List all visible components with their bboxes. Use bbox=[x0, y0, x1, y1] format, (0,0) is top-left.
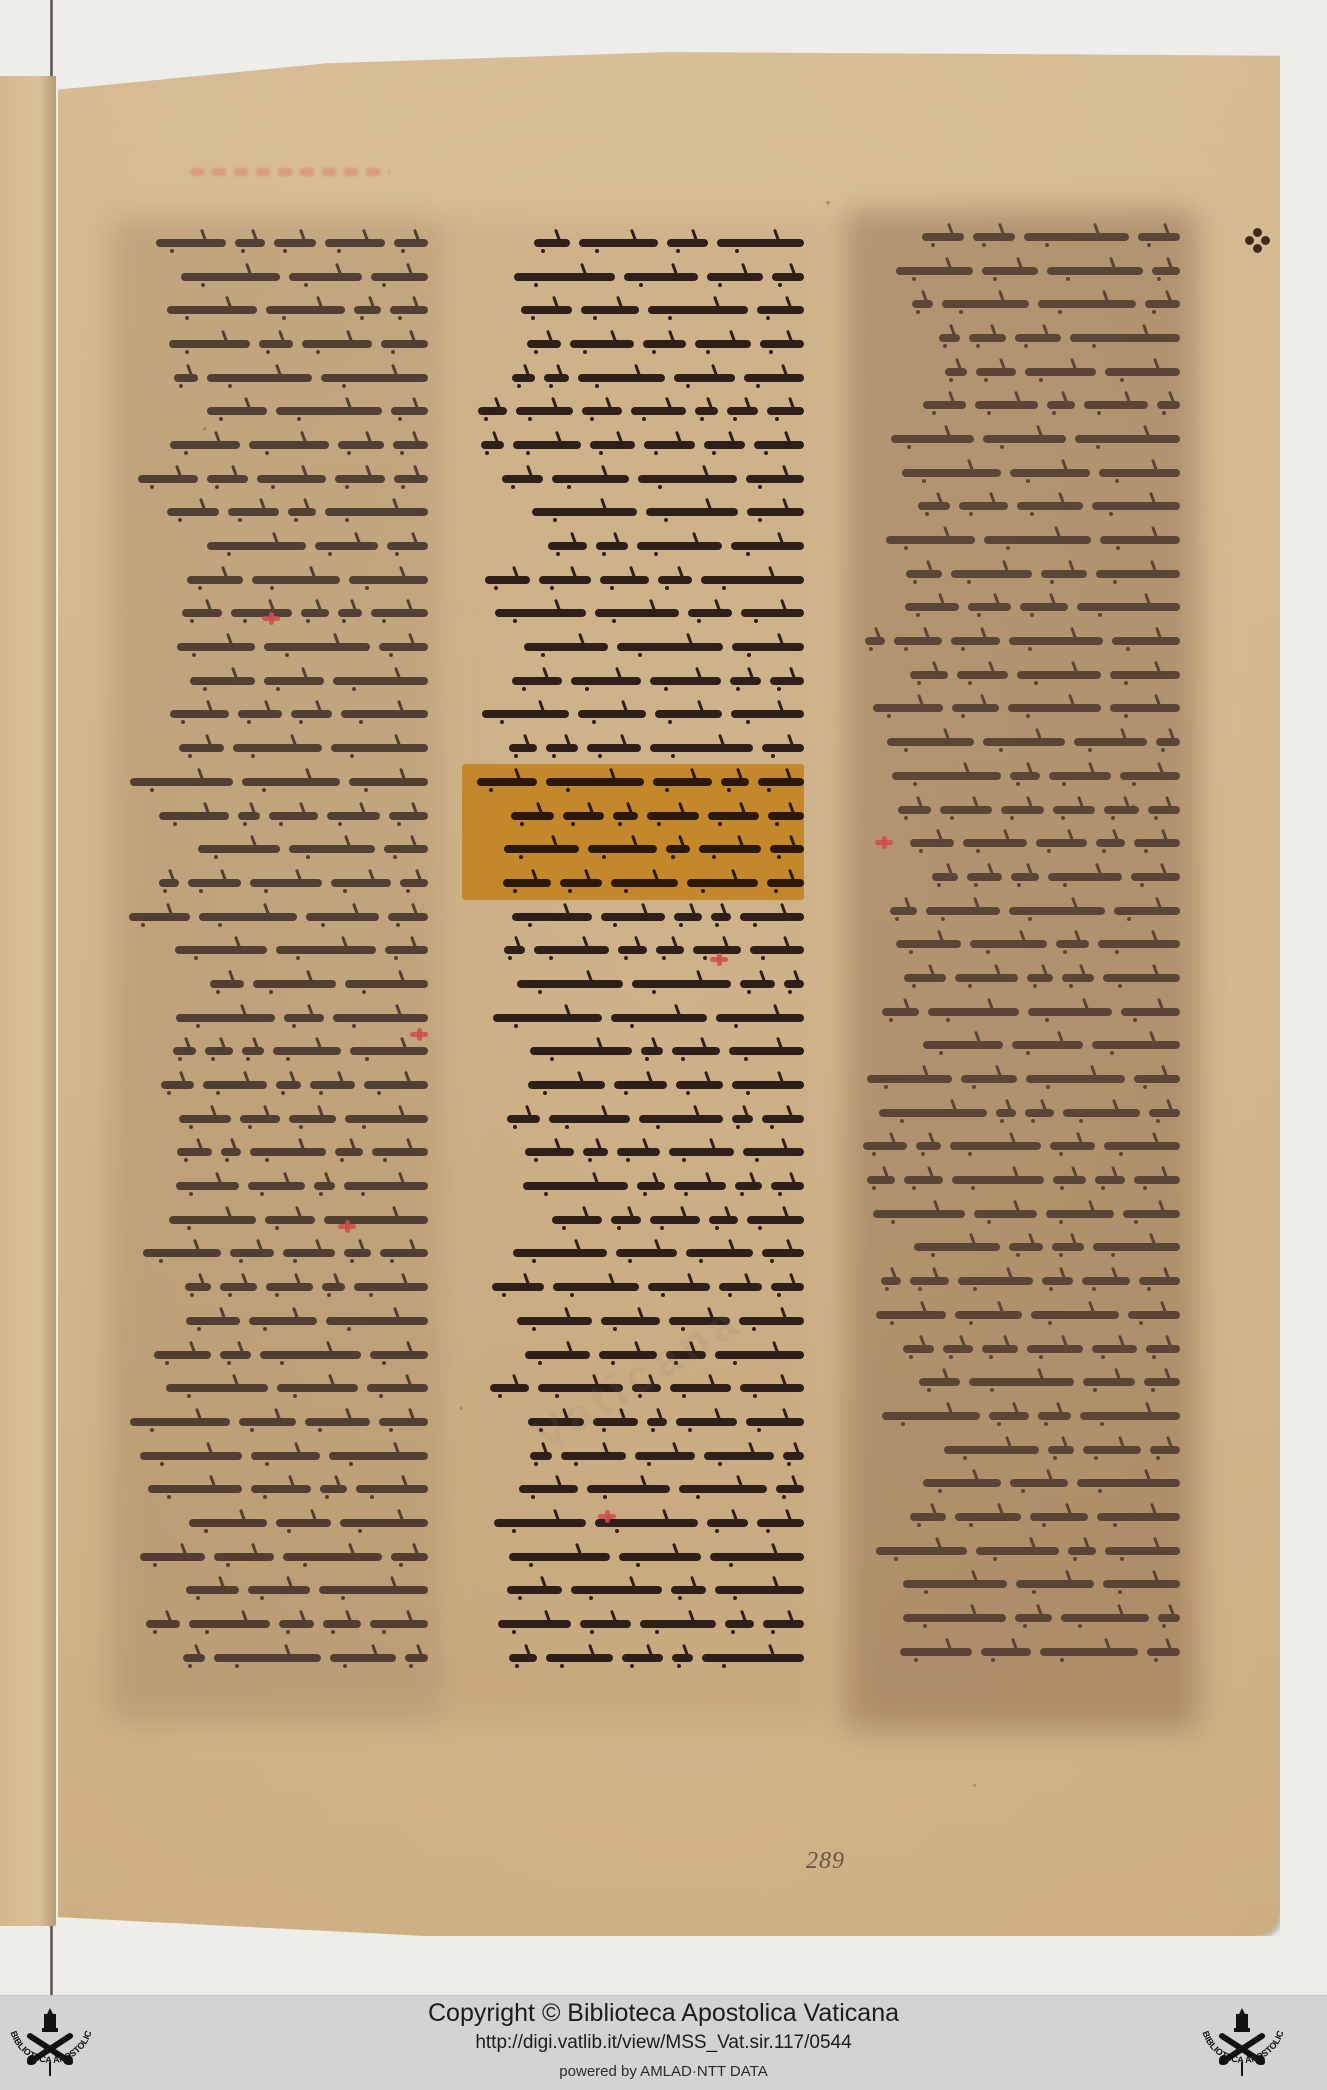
script-word bbox=[896, 940, 961, 948]
script-word bbox=[524, 643, 608, 651]
script-word bbox=[581, 306, 639, 314]
script-line bbox=[862, 624, 1180, 658]
script-word bbox=[739, 1317, 804, 1325]
script-word bbox=[552, 1216, 602, 1224]
script-word bbox=[305, 1418, 370, 1426]
script-line bbox=[862, 860, 1180, 894]
script-line bbox=[472, 1574, 804, 1608]
script-word bbox=[379, 643, 428, 651]
script-word bbox=[130, 778, 233, 786]
script-word bbox=[747, 508, 804, 516]
source-url[interactable]: http://digi.vatlib.it/view/MSS_Vat.sir.1… bbox=[0, 2030, 1327, 2056]
script-word bbox=[238, 710, 282, 718]
script-line bbox=[472, 1136, 804, 1170]
script-word bbox=[671, 1586, 706, 1594]
script-word bbox=[249, 441, 329, 449]
script-word bbox=[1030, 1513, 1087, 1521]
script-word bbox=[910, 1513, 947, 1521]
script-word bbox=[1145, 300, 1180, 308]
script-word bbox=[509, 1654, 537, 1662]
script-word bbox=[601, 913, 665, 921]
script-word bbox=[1020, 603, 1068, 611]
script-line bbox=[128, 529, 428, 563]
script-word bbox=[1015, 1614, 1052, 1622]
script-word bbox=[130, 1418, 230, 1426]
script-line bbox=[862, 1534, 1180, 1568]
script-word bbox=[170, 710, 230, 718]
script-word bbox=[876, 1311, 946, 1319]
script-word bbox=[1068, 1547, 1097, 1555]
script-word bbox=[1024, 233, 1129, 241]
script-word bbox=[207, 374, 312, 382]
script-word bbox=[674, 374, 735, 382]
script-word bbox=[904, 974, 946, 982]
script-line bbox=[862, 1029, 1180, 1063]
script-word bbox=[983, 738, 1065, 746]
script-line bbox=[472, 1001, 804, 1035]
script-word bbox=[331, 879, 391, 887]
script-word bbox=[283, 1249, 335, 1257]
script-line bbox=[862, 1332, 1180, 1366]
script-line bbox=[862, 1197, 1180, 1231]
script-line bbox=[862, 725, 1180, 759]
script-word bbox=[891, 435, 975, 443]
script-word bbox=[981, 1648, 1032, 1656]
script-line bbox=[862, 1399, 1180, 1433]
script-word bbox=[289, 845, 375, 853]
script-word bbox=[185, 1283, 211, 1291]
script-word bbox=[583, 1148, 608, 1156]
script-word bbox=[898, 806, 931, 814]
copyright-text: Copyright © Biblioteca Apostolica Vatica… bbox=[0, 1998, 1327, 2028]
script-word bbox=[214, 1654, 320, 1662]
script-word bbox=[695, 407, 718, 415]
script-word bbox=[1134, 839, 1180, 847]
script-word bbox=[882, 1412, 981, 1420]
script-word bbox=[672, 1654, 692, 1662]
script-word bbox=[1048, 873, 1121, 881]
script-word bbox=[686, 1249, 752, 1257]
script-word bbox=[1146, 1345, 1180, 1353]
copyright-footer: BIBLIOTECA APOSTOLICA VATICANA Copyright… bbox=[0, 1995, 1327, 2090]
script-line bbox=[128, 1472, 428, 1506]
script-line bbox=[128, 1338, 428, 1372]
script-word bbox=[916, 1142, 941, 1150]
script-line bbox=[128, 765, 428, 799]
script-line bbox=[472, 1641, 804, 1675]
script-line bbox=[472, 1506, 804, 1540]
script-line bbox=[128, 327, 428, 361]
script-line bbox=[472, 900, 804, 934]
script-word bbox=[393, 441, 428, 449]
script-line bbox=[128, 731, 428, 765]
script-word bbox=[1036, 839, 1087, 847]
script-word bbox=[710, 1553, 804, 1561]
script-word bbox=[525, 1351, 590, 1359]
script-word bbox=[519, 1485, 578, 1493]
script-word bbox=[129, 913, 190, 921]
script-word bbox=[670, 1384, 731, 1392]
script-word bbox=[617, 643, 724, 651]
script-word bbox=[1105, 368, 1180, 376]
rubric-cross-mark-icon bbox=[338, 1220, 356, 1232]
script-word bbox=[923, 1041, 1002, 1049]
faded-rubric-heading bbox=[190, 168, 390, 176]
script-word bbox=[325, 239, 385, 247]
manuscript-viewer: Vaticana 289 bbox=[0, 0, 1327, 1995]
script-word bbox=[276, 1081, 301, 1089]
script-line bbox=[862, 961, 1180, 995]
script-word bbox=[509, 1553, 611, 1561]
script-line bbox=[128, 664, 428, 698]
script-word bbox=[371, 609, 428, 617]
script-word bbox=[1093, 1243, 1180, 1251]
script-word bbox=[892, 772, 1001, 780]
script-word bbox=[235, 239, 265, 247]
script-word bbox=[624, 273, 698, 281]
script-word bbox=[975, 401, 1038, 409]
script-word bbox=[1010, 772, 1040, 780]
script-word bbox=[179, 744, 223, 752]
script-word bbox=[279, 1620, 314, 1628]
script-word bbox=[514, 273, 616, 281]
script-line bbox=[128, 361, 428, 395]
script-word bbox=[873, 704, 944, 712]
script-word bbox=[238, 812, 260, 820]
script-line bbox=[472, 1237, 804, 1271]
script-word bbox=[923, 401, 966, 409]
script-word bbox=[983, 435, 1065, 443]
script-word bbox=[242, 778, 339, 786]
script-word bbox=[955, 974, 1018, 982]
script-word bbox=[249, 1317, 318, 1325]
script-word bbox=[549, 1115, 630, 1123]
script-word bbox=[903, 1614, 1007, 1622]
script-word bbox=[1099, 469, 1180, 477]
script-word bbox=[1038, 1412, 1071, 1420]
script-line bbox=[128, 698, 428, 732]
script-line bbox=[128, 1506, 428, 1540]
script-word bbox=[771, 1283, 804, 1291]
script-word bbox=[400, 879, 428, 887]
script-line bbox=[472, 933, 804, 967]
script-word bbox=[1092, 1041, 1180, 1049]
script-word bbox=[952, 1176, 1044, 1184]
script-word bbox=[242, 1047, 264, 1055]
rubric-cross-mark-icon bbox=[875, 836, 893, 848]
script-word bbox=[973, 233, 1015, 241]
script-line bbox=[128, 1169, 428, 1203]
script-word bbox=[169, 340, 249, 348]
script-line bbox=[862, 422, 1180, 456]
script-word bbox=[711, 913, 731, 921]
script-line bbox=[128, 933, 428, 967]
script-word bbox=[288, 508, 315, 516]
script-word bbox=[886, 536, 975, 544]
script-word bbox=[1070, 334, 1180, 342]
script-word bbox=[509, 744, 537, 752]
script-word bbox=[617, 1148, 660, 1156]
script-word bbox=[701, 576, 804, 584]
script-word bbox=[379, 1418, 428, 1426]
script-word bbox=[516, 407, 572, 415]
script-word bbox=[276, 1519, 331, 1527]
script-word bbox=[335, 1148, 363, 1156]
script-word bbox=[534, 239, 571, 247]
script-word bbox=[207, 407, 267, 415]
script-word bbox=[273, 1047, 341, 1055]
script-line bbox=[472, 1035, 804, 1069]
script-word bbox=[1047, 267, 1143, 275]
script-word bbox=[968, 603, 1010, 611]
script-word bbox=[166, 1384, 268, 1392]
script-word bbox=[1042, 1277, 1073, 1285]
script-word bbox=[601, 1317, 660, 1325]
script-word bbox=[333, 677, 428, 685]
script-word bbox=[647, 1418, 667, 1426]
script-word bbox=[1028, 1008, 1112, 1016]
script-word bbox=[301, 609, 329, 617]
script-word bbox=[635, 1452, 695, 1460]
script-word bbox=[771, 1182, 804, 1190]
script-word bbox=[676, 1081, 723, 1089]
script-word bbox=[1075, 435, 1180, 443]
script-word bbox=[618, 946, 647, 954]
script-word bbox=[619, 1553, 701, 1561]
script-word bbox=[717, 239, 804, 247]
script-word bbox=[704, 441, 745, 449]
script-line bbox=[472, 226, 804, 260]
script-word bbox=[344, 1249, 371, 1257]
script-word bbox=[740, 1384, 804, 1392]
script-word bbox=[338, 441, 383, 449]
script-word bbox=[1120, 772, 1180, 780]
script-word bbox=[253, 980, 337, 988]
script-word bbox=[955, 1513, 1021, 1521]
script-line bbox=[862, 1231, 1180, 1265]
script-word bbox=[210, 980, 244, 988]
script-word bbox=[902, 469, 1001, 477]
script-word bbox=[1009, 1243, 1043, 1251]
text-column-left bbox=[128, 226, 428, 1711]
script-line bbox=[862, 287, 1180, 321]
script-word bbox=[640, 1620, 717, 1628]
script-word bbox=[494, 1519, 586, 1527]
script-word bbox=[233, 744, 322, 752]
script-word bbox=[277, 1384, 358, 1392]
script-word bbox=[863, 1142, 907, 1150]
script-word bbox=[323, 1620, 361, 1628]
script-word bbox=[259, 340, 293, 348]
script-line bbox=[128, 1439, 428, 1473]
text-column-middle bbox=[472, 226, 804, 1711]
script-word bbox=[283, 1553, 382, 1561]
script-word bbox=[894, 637, 942, 645]
script-line bbox=[128, 1371, 428, 1405]
script-word bbox=[903, 1580, 1007, 1588]
script-word bbox=[1041, 570, 1088, 578]
script-word bbox=[1017, 671, 1100, 679]
script-word bbox=[1074, 738, 1148, 746]
script-word bbox=[1077, 1479, 1180, 1487]
script-line bbox=[472, 1405, 804, 1439]
script-word bbox=[976, 368, 1016, 376]
script-word bbox=[762, 1249, 804, 1257]
script-line bbox=[128, 1203, 428, 1237]
script-line bbox=[862, 826, 1180, 860]
script-word bbox=[199, 913, 298, 921]
script-line bbox=[128, 900, 428, 934]
script-line bbox=[472, 1270, 804, 1304]
script-word bbox=[590, 441, 635, 449]
script-line bbox=[472, 597, 804, 631]
script-word bbox=[367, 1384, 428, 1392]
script-word bbox=[140, 1452, 242, 1460]
script-word bbox=[527, 340, 562, 348]
script-word bbox=[611, 1216, 641, 1224]
script-word bbox=[159, 812, 229, 820]
script-word bbox=[274, 239, 316, 247]
script-word bbox=[1105, 1547, 1180, 1555]
script-word bbox=[762, 744, 804, 752]
script-word bbox=[725, 1620, 753, 1628]
script-word bbox=[950, 1142, 1041, 1150]
script-word bbox=[1098, 940, 1180, 948]
script-word bbox=[867, 1176, 896, 1184]
script-word bbox=[1027, 974, 1053, 982]
script-word bbox=[1016, 1580, 1093, 1588]
script-line bbox=[862, 523, 1180, 557]
script-word bbox=[528, 1081, 605, 1089]
script-line bbox=[862, 321, 1180, 355]
script-word bbox=[715, 1586, 804, 1594]
script-word bbox=[1152, 267, 1180, 275]
script-word bbox=[266, 1283, 313, 1291]
script-word bbox=[161, 1081, 194, 1089]
script-word bbox=[1027, 1345, 1083, 1353]
script-line bbox=[862, 1635, 1180, 1669]
script-word bbox=[969, 1378, 1074, 1386]
script-word bbox=[944, 1446, 1038, 1454]
script-word bbox=[250, 1148, 326, 1156]
script-word bbox=[743, 1148, 804, 1156]
script-word bbox=[289, 273, 362, 281]
script-line bbox=[128, 1270, 428, 1304]
script-word bbox=[1031, 1311, 1120, 1319]
script-word bbox=[974, 1210, 1036, 1218]
script-word bbox=[335, 475, 385, 483]
script-word bbox=[784, 980, 804, 988]
script-word bbox=[207, 542, 307, 550]
script-line bbox=[862, 254, 1180, 288]
script-word bbox=[364, 1081, 428, 1089]
script-word bbox=[1025, 1109, 1054, 1117]
script-word bbox=[1061, 1614, 1149, 1622]
script-word bbox=[177, 643, 255, 651]
script-word bbox=[169, 1216, 255, 1224]
script-line bbox=[128, 799, 428, 833]
script-word bbox=[1123, 1210, 1180, 1218]
script-word bbox=[587, 744, 641, 752]
script-line bbox=[128, 1068, 428, 1102]
script-word bbox=[502, 475, 543, 483]
script-word bbox=[905, 603, 960, 611]
script-word bbox=[757, 1519, 804, 1527]
script-word bbox=[757, 306, 804, 314]
script-word bbox=[571, 1586, 662, 1594]
script-word bbox=[904, 1176, 943, 1184]
script-line bbox=[472, 428, 804, 462]
script-word bbox=[349, 576, 428, 584]
script-word bbox=[961, 1075, 1017, 1083]
script-line bbox=[128, 394, 428, 428]
script-line bbox=[472, 1102, 804, 1136]
script-line bbox=[862, 557, 1180, 591]
script-word bbox=[600, 576, 649, 584]
script-word bbox=[148, 1485, 243, 1493]
script-word bbox=[740, 913, 804, 921]
script-word bbox=[561, 1452, 626, 1460]
script-word bbox=[198, 845, 280, 853]
script-word bbox=[622, 1654, 663, 1662]
script-word bbox=[746, 475, 804, 483]
script-word bbox=[329, 1452, 428, 1460]
script-word bbox=[330, 1654, 396, 1662]
script-word bbox=[643, 340, 686, 348]
script-line bbox=[128, 293, 428, 327]
script-word bbox=[672, 1047, 720, 1055]
script-line bbox=[472, 293, 804, 327]
script-word bbox=[338, 609, 362, 617]
script-word bbox=[770, 677, 804, 685]
script-line bbox=[472, 327, 804, 361]
script-word bbox=[1048, 1446, 1074, 1454]
script-word bbox=[394, 239, 428, 247]
script-word bbox=[276, 946, 377, 954]
script-word bbox=[251, 1485, 311, 1493]
script-word bbox=[646, 508, 738, 516]
script-word bbox=[719, 1283, 762, 1291]
script-word bbox=[177, 1148, 212, 1156]
script-word bbox=[1112, 637, 1180, 645]
script-word bbox=[1001, 806, 1044, 814]
script-word bbox=[716, 1014, 804, 1022]
script-word bbox=[865, 637, 885, 645]
script-word bbox=[957, 671, 1008, 679]
script-word bbox=[1077, 603, 1180, 611]
highlighted-passage bbox=[462, 764, 804, 900]
script-word bbox=[248, 1586, 310, 1594]
script-line bbox=[862, 927, 1180, 961]
rubric-cross-mark-icon bbox=[598, 1510, 616, 1522]
script-word bbox=[989, 1412, 1029, 1420]
script-word bbox=[928, 1008, 1019, 1016]
script-word bbox=[732, 643, 804, 651]
script-line bbox=[862, 220, 1180, 254]
script-word bbox=[260, 1351, 361, 1359]
script-word bbox=[138, 475, 198, 483]
script-word bbox=[914, 1243, 1000, 1251]
script-word bbox=[203, 1081, 267, 1089]
script-word bbox=[181, 273, 280, 281]
script-word bbox=[923, 1479, 1001, 1487]
script-word bbox=[704, 1452, 773, 1460]
script-line bbox=[128, 260, 428, 294]
script-word bbox=[762, 1115, 804, 1123]
script-word bbox=[341, 710, 428, 718]
script-word bbox=[190, 677, 255, 685]
script-word bbox=[996, 1109, 1016, 1117]
